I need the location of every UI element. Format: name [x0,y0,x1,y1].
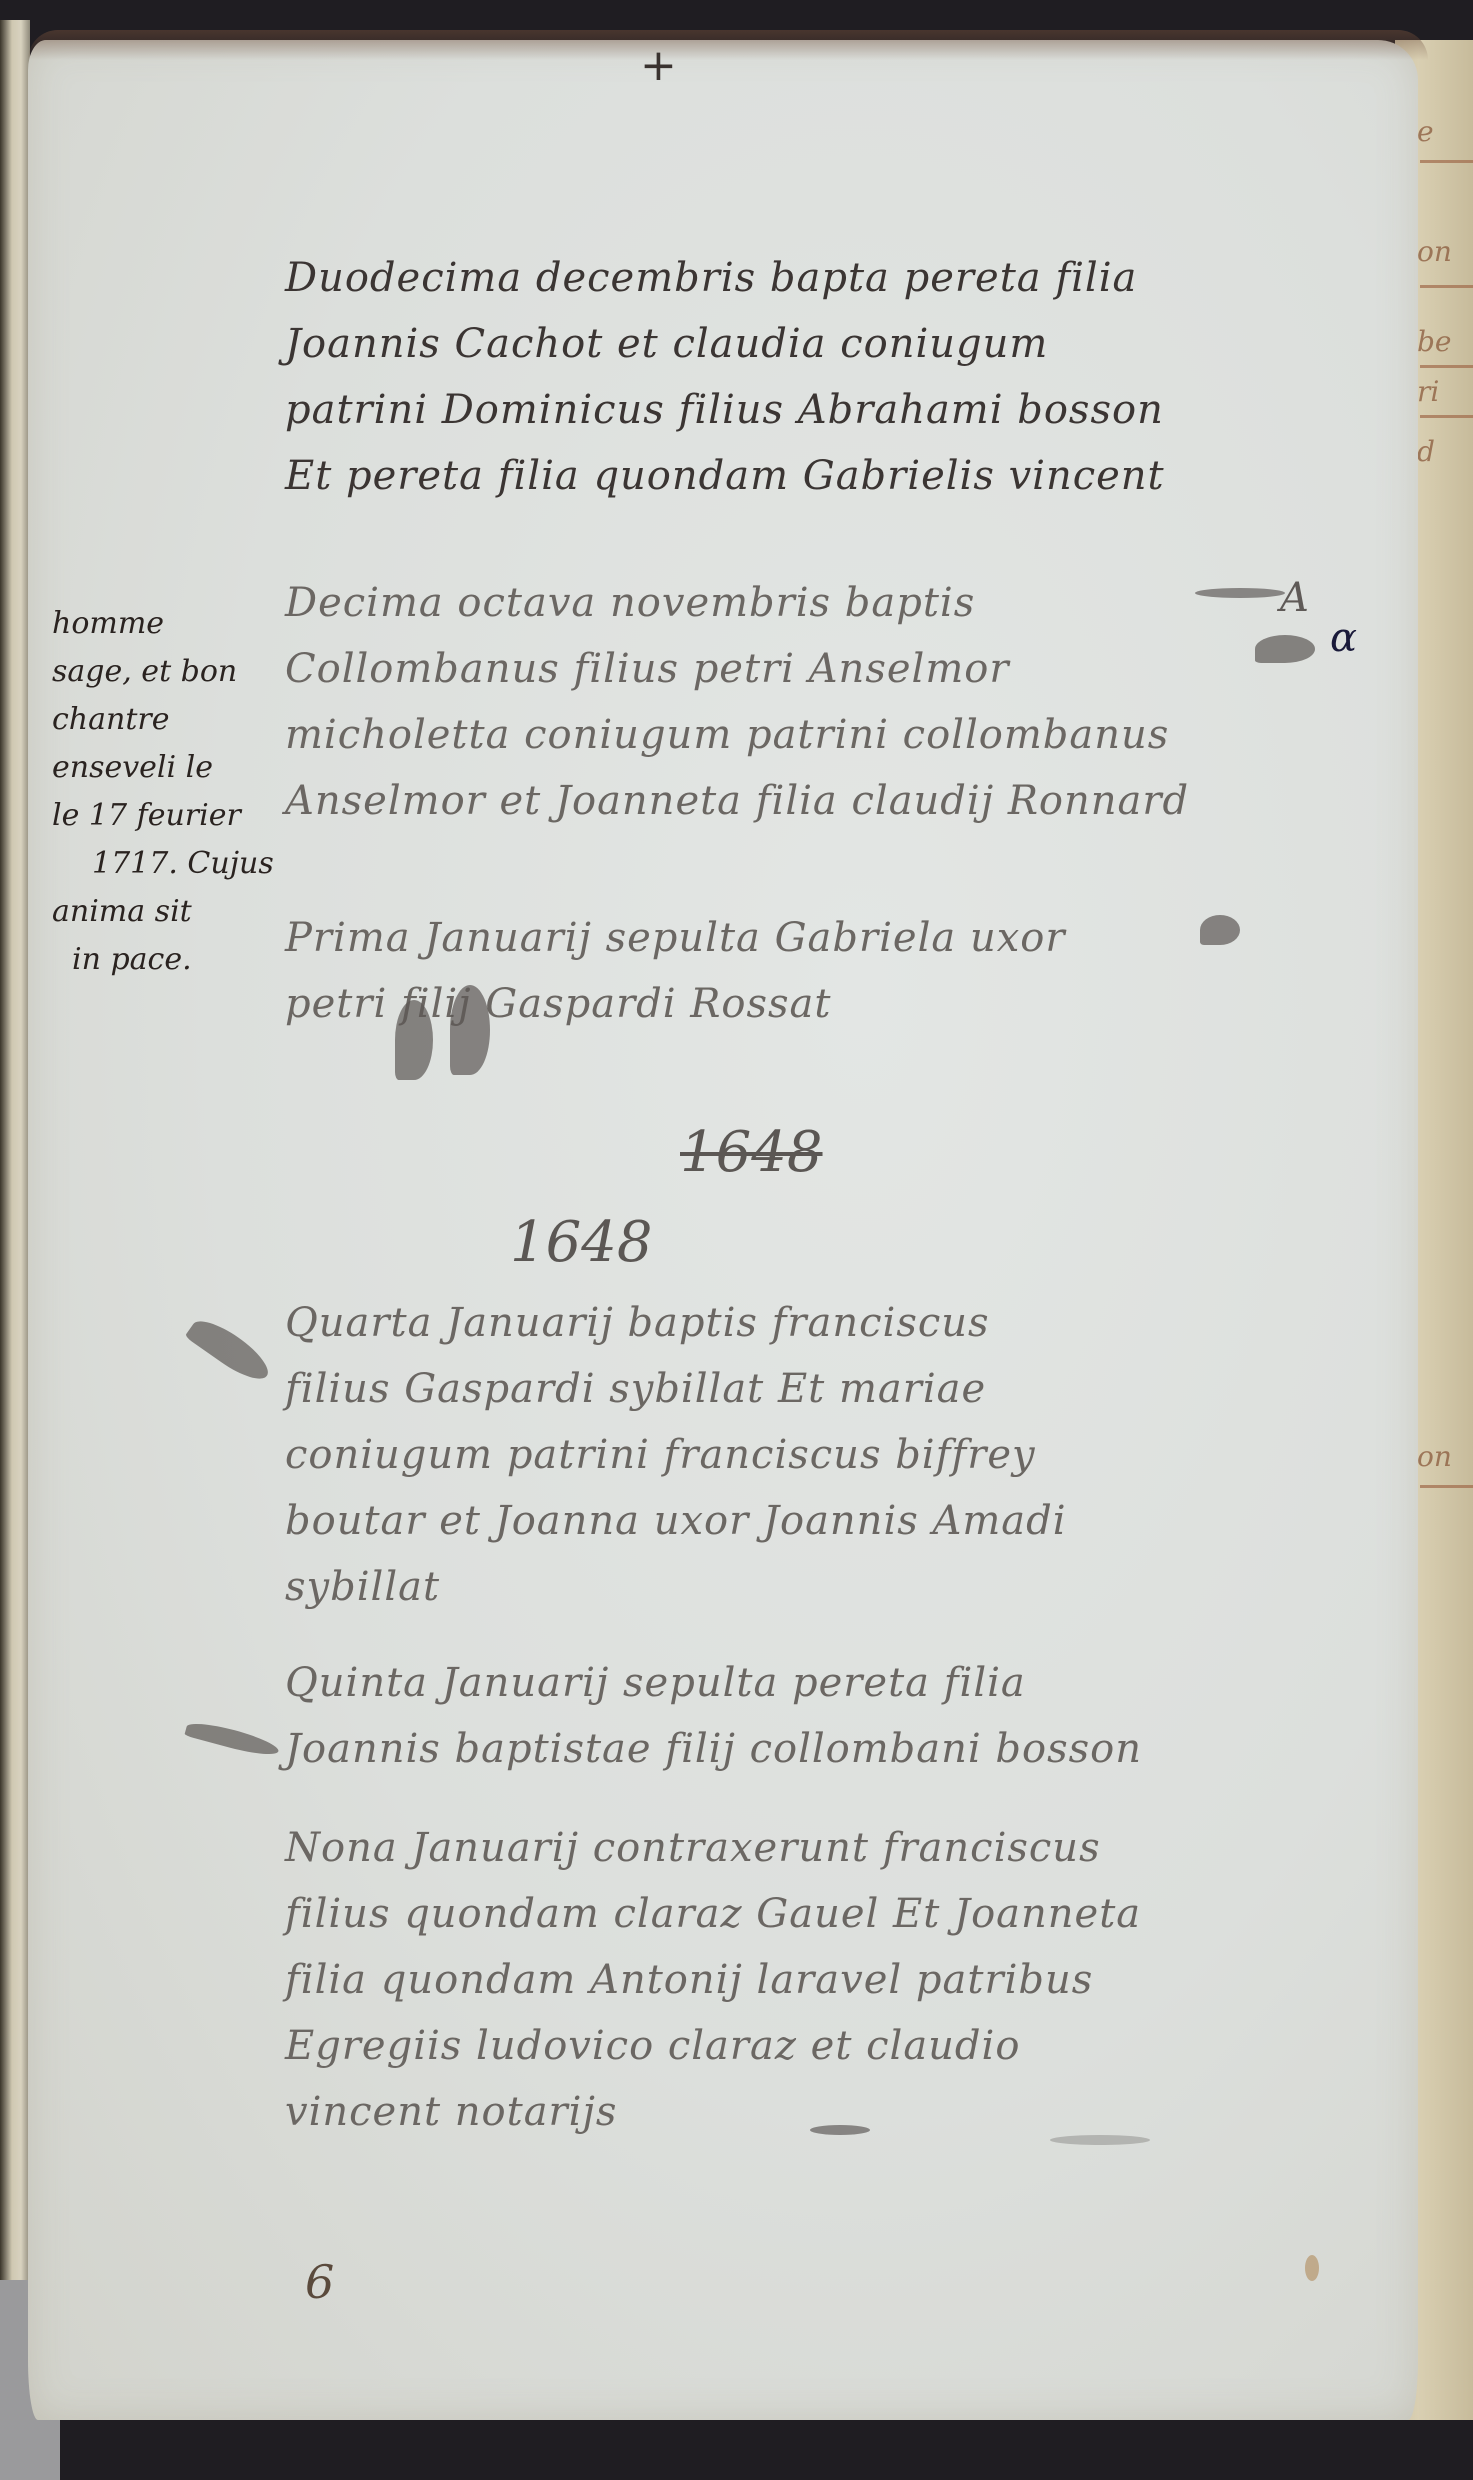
entry-line: Quinta Januarij sepulta pereta filia [285,1650,1405,1716]
entry-line: Joannis Cachot et claudia coniugum [285,311,1405,377]
entry-line: Duodecima decembris bapta pereta filia [285,245,1405,311]
entry-line: patrini Dominicus filius Abrahami bosson [285,377,1405,443]
entry-line: vincent notarijs [285,2079,1405,2145]
margin-note-line: enseveli le [52,744,312,792]
entry-line: filius Gaspardi sybillat Et mariae [285,1356,1405,1422]
entry-line: micholetta coniugum patrini collombanus [285,702,1405,768]
margin-note-line: chantre [52,696,312,744]
ink-blot [1255,635,1315,663]
entry-line: Egregiis ludovico claraz et claudio [285,2013,1405,2079]
entry-line: Joannis baptistae filij collombani bosso… [285,1716,1405,1782]
entry-line: filius quondam claraz Gauel Et Joanneta [285,1881,1405,1947]
margin-note-line: le 17 feurier [52,792,312,840]
margin-note-line: anima sit [52,888,312,936]
year-heading-struck: 1648 [680,1120,823,1185]
entry-line: Collombanus filius petri Anselmor [285,636,1405,702]
ruled-line [1420,365,1473,368]
entry-line: filia quondam Antonij laravel patribus [285,1947,1405,2013]
margin-note-line: in pace. [52,936,312,984]
register-entry: Quarta Januarij baptis franciscus filius… [285,1290,1405,1620]
register-entry: Quinta Januarij sepulta pereta filia Joa… [285,1650,1405,1782]
ruled-line [1420,415,1473,418]
entry-line: sybillat [285,1554,1405,1620]
entry-line: coniugum patrini franciscus biffrey [285,1422,1405,1488]
ink-blot [395,1000,433,1080]
entry-line: boutar et Joanna uxor Joannis Amadi [285,1488,1405,1554]
ink-blot [1200,915,1240,945]
ruled-line [1420,285,1473,288]
ruled-line [1420,160,1473,163]
ink-stroke [810,2125,870,2135]
margin-note-line: homme [52,600,312,648]
adjacent-text-fragment: on [1417,1440,1452,1473]
margin-note: homme sage, et bon chantre enseveli le l… [52,600,312,984]
adjacent-text-fragment: d [1417,435,1435,468]
side-mark: α [1330,615,1357,661]
entry-line: Anselmor et Joanneta filia claudij Ronna… [285,768,1405,834]
paper-stain [1305,2255,1319,2281]
cross-mark: + [640,40,677,91]
page-top-edge [28,30,1428,60]
entry-line: Decima octava novembris baptis [285,570,1405,636]
entry-line: Quarta Januarij baptis franciscus [285,1290,1405,1356]
ink-blot [450,985,490,1075]
adjacent-text-fragment: be [1417,325,1452,358]
register-entry: Duodecima decembris bapta pereta filia J… [285,245,1405,509]
entry-line: Nona Januarij contraxerunt franciscus [285,1815,1405,1881]
left-page-edge [0,20,30,2320]
side-mark: A [1280,575,1309,621]
adjacent-text-fragment: e [1417,115,1434,148]
year-heading: 1648 [510,1210,653,1275]
entry-line: Et pereta filia quondam Gabrielis vincen… [285,443,1405,509]
adjacent-text-fragment: ri [1417,375,1439,408]
margin-note-line: sage, et bon [52,648,312,696]
register-entry: Nona Januarij contraxerunt franciscus fi… [285,1815,1405,2145]
entry-line: Prima Januarij sepulta Gabriela uxor [285,905,1405,971]
register-entry: Decima octava novembris baptis Collomban… [285,570,1405,834]
ink-stroke [1050,2135,1150,2145]
adjacent-text-fragment: on [1417,235,1452,268]
margin-note-line: 1717. Cujus [52,840,312,888]
foliation-mark: 6 [305,2255,334,2309]
ruled-line [1420,1485,1473,1488]
ink-stroke [1195,588,1285,598]
